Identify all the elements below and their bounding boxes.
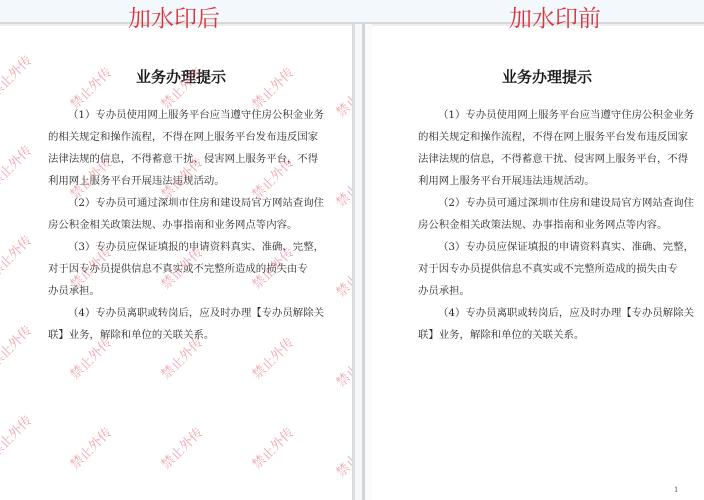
page-gap	[365, 24, 372, 500]
doc-line: （3）专办员应保证填报的申请资料真实、准确、完整，	[438, 236, 694, 258]
doc-line: 对于因专办员提供信息不真实或不完整所造成的损失由专	[48, 258, 308, 280]
doc-line: 的相关规定和操作流程，不得在网上服务平台发布违反国家	[48, 126, 318, 148]
watermark-text: 禁止外传	[247, 332, 297, 382]
page-without-watermark: 业务办理提示 （1）专办员使用网上服务平台应当遵守住房公积金业务 的相关规定和操…	[372, 28, 704, 500]
doc-line: 利用网上服务平台开展违法违规活动。	[48, 170, 225, 192]
doc-line: 对于因专办员提供信息不真实或不完整所造成的损失由专	[418, 258, 678, 280]
watermark-text: 禁止外传	[65, 422, 115, 472]
doc-line: （1）专办员使用网上服务平台应当遵守住房公积金业务	[438, 104, 694, 126]
watermark-text: 禁止外传	[331, 160, 352, 210]
doc-title: 业务办理提示	[502, 66, 592, 87]
doc-line: 办员承担。	[48, 280, 100, 302]
doc-line: 办员承担。	[418, 280, 470, 302]
doc-line: （4）专办员离职或转岗后，应及时办理【专办员解除关	[438, 302, 694, 324]
watermark-text: 禁止外传	[156, 422, 206, 472]
watermark-text: 禁止外传	[0, 230, 35, 280]
doc-line: （1）专办员使用网上服务平台应当遵守住房公积金业务	[68, 104, 324, 126]
doc-line: 利用网上服务平台开展违法违规活动。	[418, 170, 595, 192]
doc-line: （3）专办员应保证填报的申请资料真实、准确、完整，	[68, 236, 324, 258]
doc-line: 房公积金相关政策法规、办事指南和业务网点等内容。	[48, 214, 297, 236]
watermark-text: 禁止外传	[331, 340, 352, 390]
label-before-watermark: 加水印前	[509, 4, 601, 34]
doc-line: 法律法规的信息，不得蓄意干扰、侵害网上服务平台，不得	[418, 148, 688, 170]
label-after-watermark: 加水印后	[128, 4, 220, 34]
doc-line: （2）专办员可通过深圳市住房和建设局官方网站查询住	[68, 192, 324, 214]
doc-line: 联】业务，解除和单位的关联关系。	[418, 324, 584, 346]
doc-title: 业务办理提示	[136, 66, 226, 87]
doc-line: （4）专办员离职或转岗后，应及时办理【专办员解除关	[68, 302, 324, 324]
doc-line: 的相关规定和操作流程，不得在网上服务平台发布违反国家	[418, 126, 688, 148]
page-number: 1	[674, 486, 678, 494]
doc-line: （2）专办员可通过深圳市住房和建设局官方网站查询住	[438, 192, 694, 214]
page-gap	[355, 24, 362, 500]
watermark-text: 禁止外传	[0, 140, 35, 190]
doc-line: 法律法规的信息，不得蓄意干扰、侵害网上服务平台，不得	[48, 148, 318, 170]
watermark-text: 禁止外传	[331, 430, 352, 480]
doc-line: 联】业务，解除和单位的关联关系。	[48, 324, 214, 346]
watermark-text: 禁止外传	[331, 250, 352, 300]
watermark-text: 禁止外传	[0, 50, 35, 100]
watermark-text: 禁止外传	[0, 320, 35, 370]
doc-line: 房公积金相关政策法规、办事指南和业务网点等内容。	[418, 214, 667, 236]
watermark-text: 禁止外传	[247, 422, 297, 472]
watermark-text: 禁止外传	[331, 70, 352, 120]
watermark-text: 禁止外传	[0, 410, 35, 460]
page-with-watermark: 业务办理提示 （1）专办员使用网上服务平台应当遵守住房公积金业务 的相关规定和操…	[0, 28, 352, 500]
